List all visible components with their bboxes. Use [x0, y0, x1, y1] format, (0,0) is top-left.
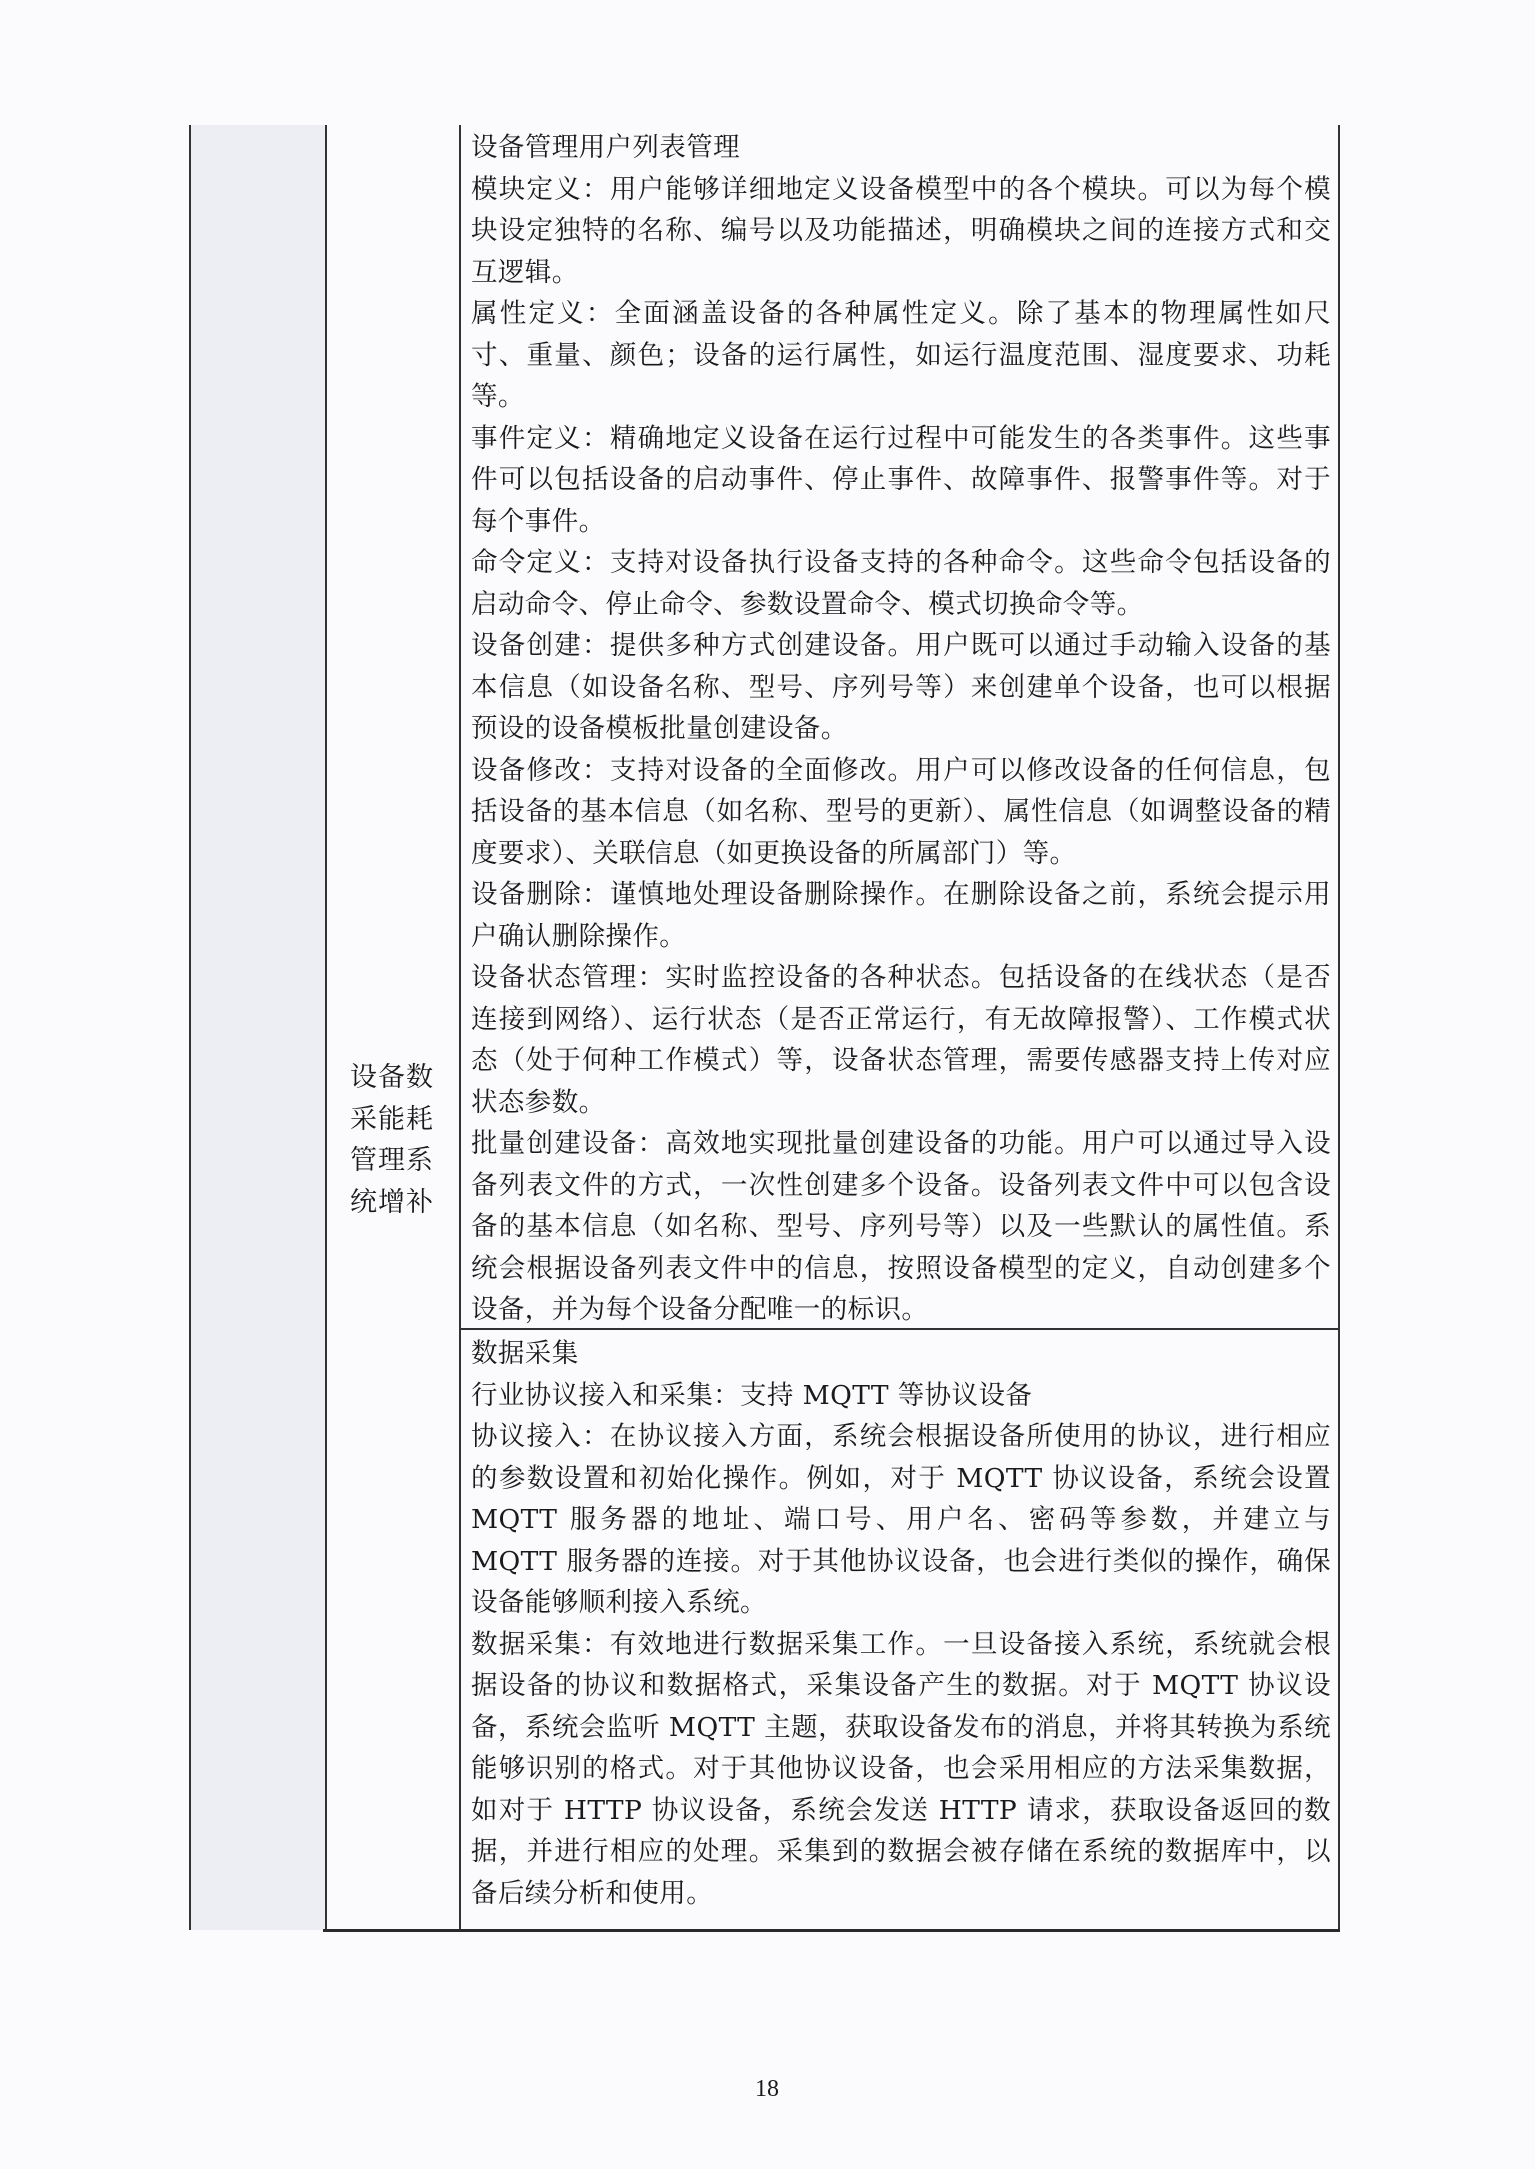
paragraph-module-definition: 模块定义：用户能够详细地定义设备模型中的各个模块。可以为每个模块设定独特的名称、… [471, 169, 1331, 294]
paragraph-attribute-definition: 属性定义：全面涵盖设备的各种属性定义。除了基本的物理属性如尺寸、重量、颜色；设备… [471, 293, 1331, 418]
section-title: 设备管理用户列表管理 [471, 127, 1331, 169]
paragraph-event-definition: 事件定义：精确地定义设备在运行过程中可能发生的各类事件。这些事件可以包括设备的启… [471, 418, 1331, 543]
paragraph-protocol-access: 协议接入：在协议接入方面，系统会根据设备所使用的协议，进行相应的参数设置和初始化… [471, 1416, 1331, 1624]
paragraph-device-modification: 设备修改：支持对设备的全面修改。用户可以修改设备的任何信息，包括设备的基本信息（… [471, 750, 1331, 875]
paragraph-command-definition: 命令定义：支持对设备执行设备支持的各种命令。这些命令包括设备的启动命令、停止命令… [471, 542, 1331, 625]
paragraph-batch-creation: 批量创建设备：高效地实现批量创建设备的功能。用户可以通过导入设备列表文件的方式，… [471, 1123, 1331, 1331]
row-divider [461, 1328, 1338, 1330]
paragraph-data-collection: 数据采集：有效地进行数据采集工作。一旦设备接入系统，系统就会根据设备的协议和数据… [471, 1624, 1331, 1915]
paragraph-device-creation: 设备创建：提供多种方式创建设备。用户既可以通过手动输入设备的基本信息（如设备名称… [471, 625, 1331, 750]
page-number: 18 [747, 2076, 787, 2103]
table-column-category [189, 125, 327, 1930]
paragraph-protocol-support: 行业协议接入和采集：支持 MQTT 等协议设备 [471, 1375, 1331, 1417]
document-page: 设备数 采能耗 管理系 统增补 设备管理用户列表管理 模块定义：用户能够详细地定… [0, 0, 1535, 2169]
table-bottom-border [323, 1929, 1340, 1932]
table-column-content: 设备管理用户列表管理 模块定义：用户能够详细地定义设备模型中的各个模块。可以为每… [461, 125, 1340, 1930]
content-cell-data-collection: 数据采集 行业协议接入和采集：支持 MQTT 等协议设备 协议接入：在协议接入方… [471, 1333, 1331, 1914]
content-cell-device-management: 设备管理用户列表管理 模块定义：用户能够详细地定义设备模型中的各个模块。可以为每… [471, 127, 1331, 1331]
paragraph-device-deletion: 设备删除：谨慎地处理设备删除操作。在删除设备之前，系统会提示用户确认删除操作。 [471, 874, 1331, 957]
section-title: 数据采集 [471, 1333, 1331, 1375]
module-label: 设备数 采能耗 管理系 统增补 [325, 1057, 459, 1223]
paragraph-device-status: 设备状态管理：实时监控设备的各种状态。包括设备的在线状态（是否连接到网络）、运行… [471, 957, 1331, 1123]
table-column-module: 设备数 采能耗 管理系 统增补 [325, 125, 461, 1930]
